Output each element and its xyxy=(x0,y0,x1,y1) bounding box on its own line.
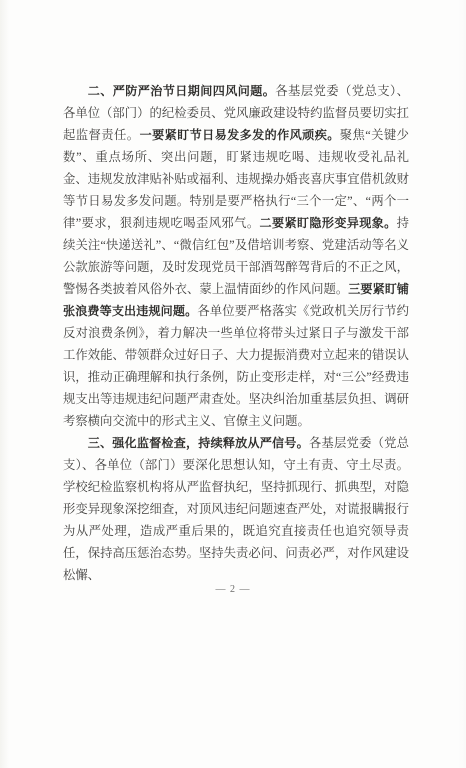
body-text-run: 聚焦“关键少数”、重点场所、突出问题，盯紧违规吃喝、违规收受礼品礼金、违规发放津… xyxy=(63,128,409,230)
body-text-run: 各基层党委（党总支）、各单位（部门）要深化思想认知，守土有责、守土尽责。学校纪检… xyxy=(63,436,409,582)
text-block: 二、严防严治节日期间四风问题。各基层党委（党总支）、各单位（部门）的纪检委员、党… xyxy=(63,80,409,586)
page-number: — 2 — xyxy=(0,584,466,595)
bold-heading-run: 二要紧盯隐形变异现象。 xyxy=(260,216,397,230)
bold-heading-run: 一要紧盯节日易发多发的作风顽疾。 xyxy=(140,128,340,142)
bold-heading-run: 三、强化监督检查，持续释放从严信号。 xyxy=(88,436,309,450)
paragraph: 二、严防严治节日期间四风问题。各基层党委（党总支）、各单位（部门）的纪检委员、党… xyxy=(63,80,409,432)
body-text-run: 各单位要严格落实《党政机关厉行节约反对浪费条例》，着力解决一些单位将带头过紧日子… xyxy=(63,304,409,428)
paragraph: 三、强化监督检查，持续释放从严信号。各基层党委（党总支）、各单位（部门）要深化思… xyxy=(63,432,409,586)
bold-heading-run: 二、严防严治节日期间四风问题。 xyxy=(88,84,276,98)
document-page: 二、严防严治节日期间四风问题。各基层党委（党总支）、各单位（部门）的纪检委员、党… xyxy=(0,0,466,768)
